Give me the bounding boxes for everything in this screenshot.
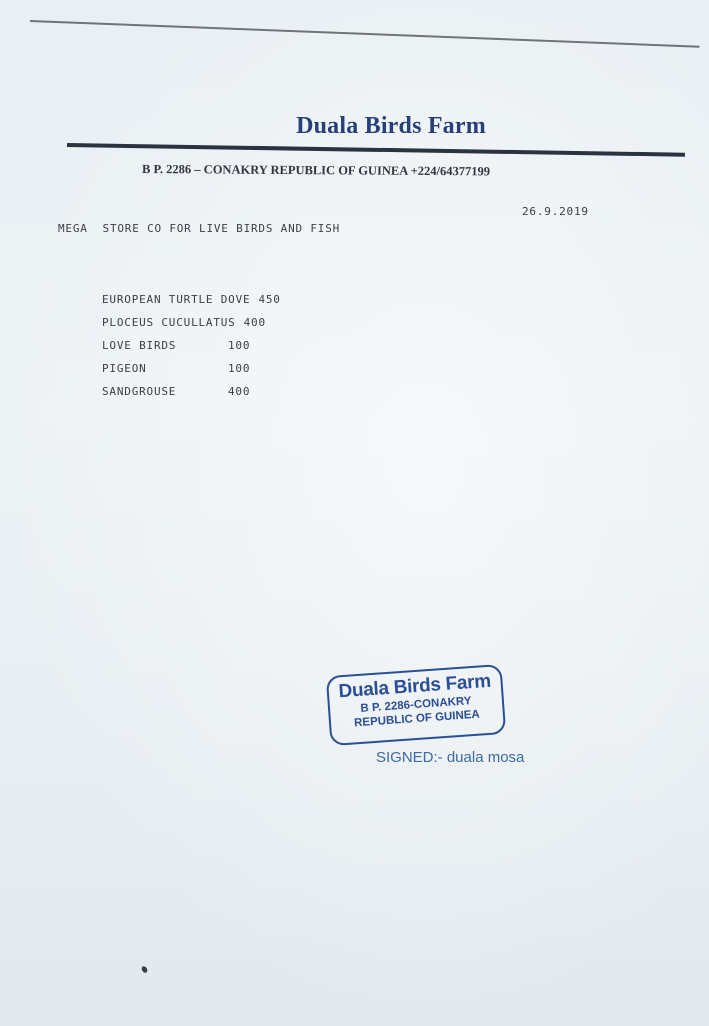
- list-item: PLOCEUS CUCULLATUS 400: [102, 311, 281, 334]
- item-quantity: 450: [258, 293, 280, 306]
- recipient-line: MEGA STORE CO FOR LIVE BIRDS AND FISH: [58, 222, 340, 235]
- ink-mark: [141, 965, 149, 974]
- document-date: 26.9.2019: [522, 205, 589, 218]
- letterhead-address: B P. 2286 – CONAKRY REPUBLIC OF GUINEA +…: [142, 162, 490, 179]
- item-name: SANDGROUSE: [102, 385, 220, 398]
- company-stamp: Duala Birds Farm B P. 2286-CONAKRY REPUB…: [326, 664, 506, 746]
- item-name: LOVE BIRDS: [102, 339, 220, 352]
- signature-line: SIGNED:- duala mosa: [376, 749, 524, 766]
- item-name: EUROPEAN TURTLE DOVE: [102, 293, 250, 306]
- item-quantity: 400: [244, 316, 266, 329]
- list-item: EUROPEAN TURTLE DOVE 450: [102, 288, 281, 311]
- item-quantity: 100: [228, 362, 250, 375]
- top-divider-line: [30, 20, 700, 48]
- item-quantity: 100: [228, 339, 250, 352]
- item-quantity: 400: [228, 385, 250, 398]
- list-item: PIGEON 100: [102, 357, 281, 380]
- list-item: SANDGROUSE 400: [102, 380, 281, 403]
- list-item: LOVE BIRDS 100: [102, 334, 281, 357]
- item-name: PIGEON: [102, 362, 220, 375]
- item-name: PLOCEUS CUCULLATUS: [102, 316, 236, 329]
- letterhead-divider: [67, 143, 685, 157]
- letterhead-title: Duala Birds Farm: [0, 113, 709, 140]
- item-list: EUROPEAN TURTLE DOVE 450 PLOCEUS CUCULLA…: [102, 288, 281, 403]
